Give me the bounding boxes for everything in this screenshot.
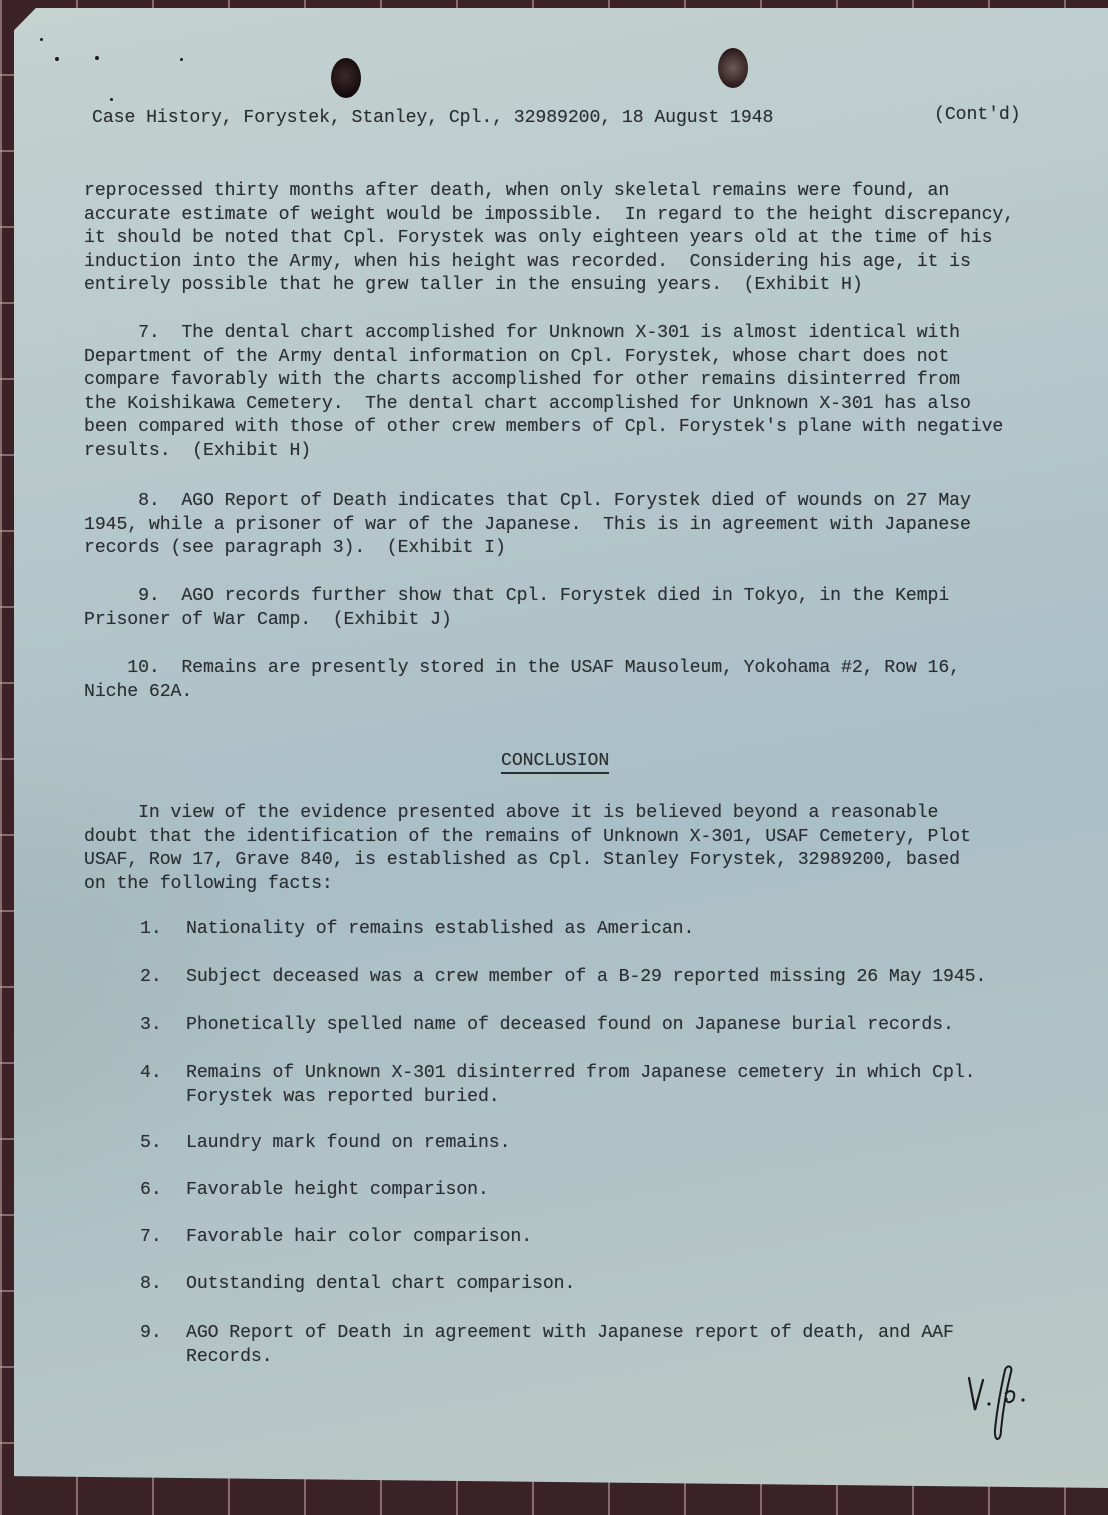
fact-item: 8.Outstanding dental chart comparison. (140, 1273, 575, 1297)
conclusion-heading: CONCLUSION (501, 750, 609, 774)
ink-speck (180, 58, 183, 61)
fact-item: 5.Laundry mark found on remains. (140, 1132, 510, 1156)
conclusion-paragraph: In view of the evidence presented above … (84, 802, 971, 896)
fact-item: 3.Phonetically spelled name of deceased … (140, 1014, 954, 1038)
handwritten-initials-signature (955, 1358, 1035, 1448)
fact-item: 6.Favorable height comparison. (140, 1179, 489, 1203)
paper-stain (14, 700, 314, 1300)
ink-speck (40, 38, 43, 41)
paragraph-9: 9. AGO records further show that Cpl. Fo… (84, 585, 949, 632)
ink-speck (55, 57, 59, 61)
paragraph-7: 7. The dental chart accomplished for Unk… (84, 322, 1003, 464)
fact-item: 9.AGO Report of Death in agreement with … (140, 1322, 954, 1369)
punch-hole (331, 58, 361, 98)
continued-marker: (Cont'd) (934, 104, 1021, 128)
fact-item: 7.Favorable hair color comparison. (140, 1226, 532, 1250)
punch-hole (718, 48, 748, 88)
paragraph-10: 10. Remains are presently stored in the … (84, 657, 960, 704)
ink-speck (110, 98, 113, 101)
paragraph-8: 8. AGO Report of Death indicates that Cp… (84, 490, 971, 561)
case-history-header: Case History, Forystek, Stanley, Cpl., 3… (92, 107, 773, 131)
ink-speck (95, 56, 99, 60)
fact-item: 2.Subject deceased was a crew member of … (140, 966, 986, 990)
paragraph-6-continued: reprocessed thirty months after death, w… (84, 180, 1014, 298)
fact-item: 4.Remains of Unknown X-301 disinterred f… (140, 1062, 975, 1109)
fact-item: 1.Nationality of remains established as … (140, 918, 694, 942)
